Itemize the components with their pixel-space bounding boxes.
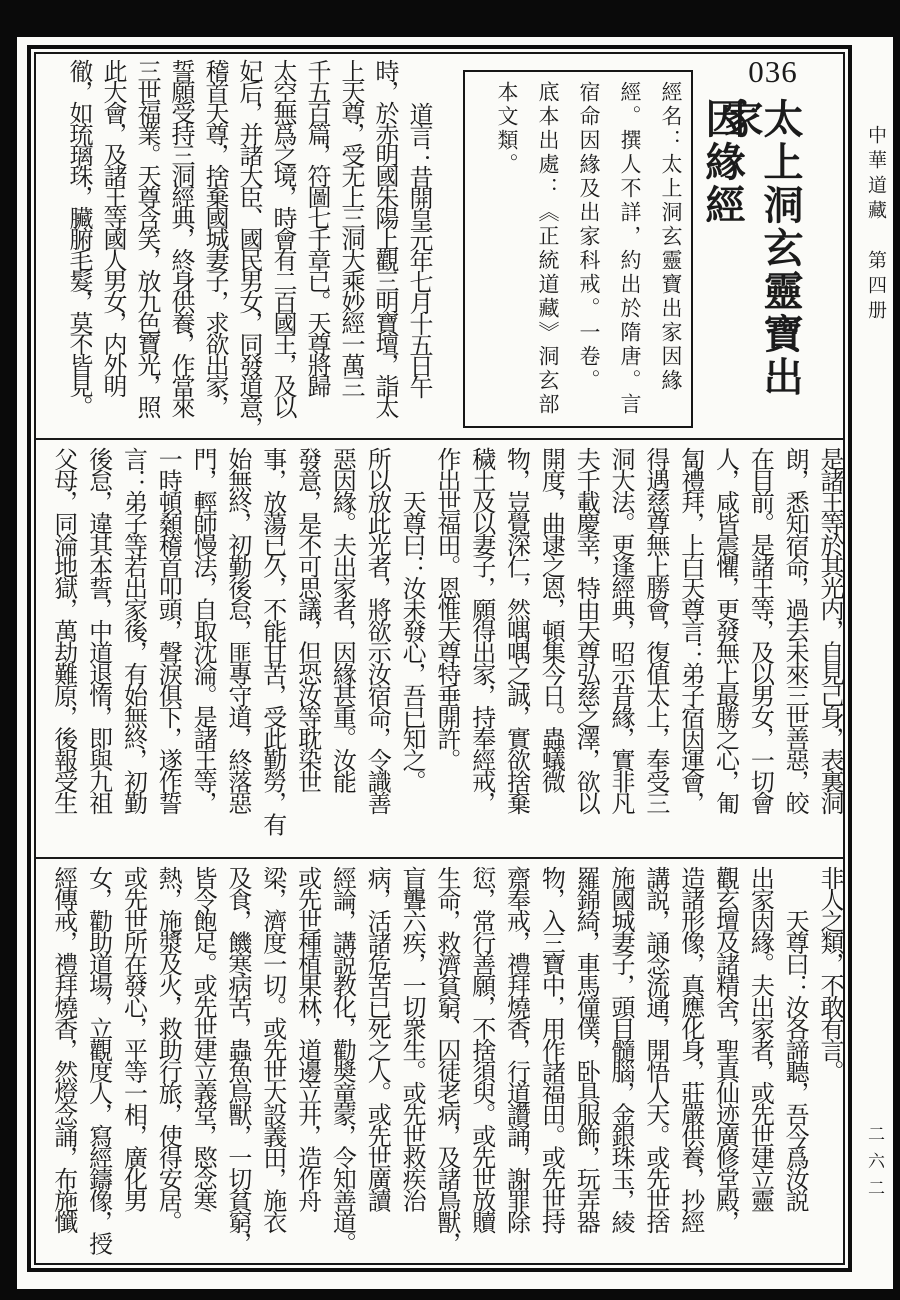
- text-column: 及食，饑寒病苦，蟲魚鳥獸，一切貧窮，: [214, 866, 249, 1258]
- text-column: 梁，濟度一切。或先世大設義田，施衣: [249, 866, 284, 1258]
- text-column: 病，活諸危苦已死之人。或先世廣讀: [353, 866, 388, 1258]
- text-column: 經論，講説教化，勸奬童蒙，令知善道。: [319, 866, 354, 1258]
- text-column: 始無終，初勤後怠，匪專守道，終落惡: [214, 447, 249, 852]
- opening-text-columns: 道言：昔開皇元年七月十五日午時，於赤明國朱陽上觀三明寶壇，詣太上天尊，受无上三洞…: [52, 59, 430, 431]
- text-column: 經傳戒，禮拜燒香，然燈念誦，布施懺: [40, 866, 75, 1258]
- text-column: 造諸形像，真應化身，莊嚴供養，抄經: [667, 866, 702, 1258]
- text-column: 出家因緣。夫出家者，或先世建立靈: [737, 866, 772, 1258]
- text-column: 天尊曰：汝各諦聽，吾今爲汝説: [771, 866, 806, 1258]
- text-frame-inner: 036 太上洞玄靈寶出家 因緣經 經名：太上洞玄靈寶出家因緣經。撰人不詳，約出於…: [34, 52, 845, 1265]
- text-column: 誓願受持三洞經典，終身供養，作當來: [158, 59, 192, 431]
- text-column: 言：弟子等若出家後，有始無終，初勤: [110, 447, 145, 852]
- document-number: 036: [736, 54, 810, 90]
- text-column: 千五百篇，符圖七千章已。天尊將歸: [294, 59, 328, 431]
- text-column: 此大會，及諸王等國人男女，内外明: [90, 59, 124, 431]
- text-column: 穢土及以妻子，願得出家，持奉經戒，: [458, 447, 493, 852]
- text-column: 本文類。: [476, 81, 517, 417]
- middle-text-columns: 是諸王等於其光内，自見己身，表裏洞朗，悉知宿命，過去未來三世善惡，皎在目前。是諸…: [40, 447, 841, 852]
- text-column: 門，輕師慢法，自取沈淪。是諸王等，: [179, 447, 214, 852]
- text-column: 物，入三寶中，用作諸福田。或先世持: [528, 866, 563, 1258]
- bottom-text-columns: 非人之類，不敢有言。天尊曰：汝各諦聽，吾今爲汝説出家因緣。夫出家者，或先世建立靈…: [40, 866, 841, 1258]
- section-title-and-opening: 036 太上洞玄靈寶出家 因緣經 經名：太上洞玄靈寶出家因緣經。撰人不詳，約出於…: [36, 54, 843, 438]
- text-column: 惡因緣。夫出家者，因緣甚重。汝能: [319, 447, 354, 852]
- text-column: 或先世所在發心，平等一相，廣化男: [110, 866, 145, 1258]
- text-frame-border: 036 太上洞玄靈寶出家 因緣經 經名：太上洞玄靈寶出家因緣經。撰人不詳，約出於…: [27, 45, 852, 1272]
- colophon-columns: 經名：太上洞玄靈寶出家因緣經。撰人不詳，約出於隋唐。言宿命因緣及出家科戒。一卷。…: [475, 81, 681, 417]
- text-column: 皆令飽足。或先世建立義堂，愍念寒: [179, 866, 214, 1258]
- text-column: 開度，曲逮之恩，頓集今日。蟲蟻微: [528, 447, 563, 852]
- text-column: 道言：昔開皇元年七月十五日午: [396, 59, 430, 431]
- text-column: 匐禮拜，上白天尊言：弟子宿因運會，: [667, 447, 702, 852]
- volume-label: 中華道藏 第四册: [866, 125, 885, 365]
- text-column: 父母，同淪地獄，萬劫難原，後報受生: [40, 447, 75, 852]
- text-column: 講説，誦念流通，開悟人天。或先世捨: [632, 866, 667, 1258]
- text-column: 愆，常行善願，不捨須臾。或先世放贖: [458, 866, 493, 1258]
- scripture-title-line1: 太上洞玄靈寶出家: [746, 98, 800, 434]
- text-column: 物，豈覺深仁，然喁喁之誠，實欲捨棄: [493, 447, 528, 852]
- text-column: 宿命因緣及出家科戒。一卷。: [558, 81, 599, 417]
- section-middle-text: 是諸王等於其光内，自見己身，表裏洞朗，悉知宿命，過去未來三世善惡，皎在目前。是諸…: [36, 438, 843, 857]
- text-column: 所以放此光者，將欲示汝宿命，令識善: [353, 447, 388, 852]
- text-column: 得遇慈尊無上勝會，復值太上，奉受三: [632, 447, 667, 852]
- text-column: 羅錦綺，車馬僮僕，卧具服飾，玩弄器: [562, 866, 597, 1258]
- text-column: 事，放蕩已久，不能甘苦，受此勤勞，有: [249, 447, 284, 852]
- text-column: 生命，救濟貧窮、囚徒老病，及諸鳥獸，: [423, 866, 458, 1258]
- text-column: 女，勸助道場，立觀度人，寫經鑄像，授: [75, 866, 110, 1258]
- text-column: 是諸王等於其光内，自見己身，表裏洞: [806, 447, 841, 852]
- text-column: 發意，是不可思議，但恐汝等耽染世: [284, 447, 319, 852]
- text-column: 天尊曰：汝未發心，吾已知之。: [388, 447, 423, 852]
- text-column: 朗，悉知宿命，過去未來三世善惡，皎: [771, 447, 806, 852]
- text-column: 觀玄壇及諸精舍，聖真仙迹廣修堂殿，: [702, 866, 737, 1258]
- text-column: 稽首天尊，捨棄國城妻子，求欲出家，: [192, 59, 226, 431]
- text-column: 後怠，違其本誓，中道退惰，即與九祖: [75, 447, 110, 852]
- text-column: 或先世種植果林，道邊立井，造作舟: [284, 866, 319, 1258]
- text-column: 夫千載慶幸，特由天尊弘慈之澤，欲以: [562, 447, 597, 852]
- text-column: 一時頓顙稽首叩頭，聲淚俱下，遂作誓: [144, 447, 179, 852]
- text-column: 底本出處：《正統道藏》洞玄部: [517, 81, 558, 417]
- text-column: 時，於赤明國朱陽上觀三明寶壇，詣太: [362, 59, 396, 431]
- text-column: 人，咸皆震懼，更發無上最勝之心，匍: [702, 447, 737, 852]
- text-column: 妃后，并諸大臣、國民男女，同發道意，: [226, 59, 260, 431]
- section-bottom-text: 非人之類，不敢有言。天尊曰：汝各諦聽，吾今爲汝説出家因緣。夫出家者，或先世建立靈…: [36, 857, 843, 1263]
- text-column: 三世福業。天尊含笑，放九色寶光，照: [124, 59, 158, 431]
- text-column: 施國城妻子，頭目髓腦，金銀珠玉，綾: [597, 866, 632, 1258]
- text-column: 太空無爲之境，時會有二百國王，及以: [260, 59, 294, 431]
- text-column: 在目前。是諸王等，及以男女，一切會: [737, 447, 772, 852]
- text-column: 徹，如琉璃珠，臟腑毛髮，莫不皆見。: [56, 59, 90, 431]
- text-column: 非人之類，不敢有言。: [806, 866, 841, 1258]
- paper-page: 中華道藏 第四册 二六二 036 太上洞玄靈寶出家 因緣經 經名：太上洞玄靈寶出…: [17, 37, 893, 1289]
- text-column: 經名：太上洞玄靈寶出家因緣: [640, 81, 681, 417]
- text-column: 熱，施漿及火，救助行旅，使得安居。: [144, 866, 179, 1258]
- text-column: 經。撰人不詳，約出於隋唐。言: [599, 81, 640, 417]
- folio-page-number: 二六二: [866, 1125, 883, 1245]
- scripture-title-line2: 因緣經: [692, 98, 742, 298]
- text-column: 上天尊，受无上三洞大乘妙經一萬三: [328, 59, 362, 431]
- scanned-page: { "masthead": { "doc_number": "036", "ti…: [0, 0, 900, 1300]
- text-column: 齋奉戒，禮拜燒香，行道讚誦，謝罪除: [493, 866, 528, 1258]
- text-column: 盲聾六疾，一切衆生。或先世救疾治: [388, 866, 423, 1258]
- colophon-box: 經名：太上洞玄靈寶出家因緣經。撰人不詳，約出於隋唐。言宿命因緣及出家科戒。一卷。…: [463, 70, 693, 428]
- text-column: 作出世福田。恩惟天尊特垂開許。: [423, 447, 458, 852]
- text-column: 洞大法。更逢經典，昭示昔緣，實非凡: [597, 447, 632, 852]
